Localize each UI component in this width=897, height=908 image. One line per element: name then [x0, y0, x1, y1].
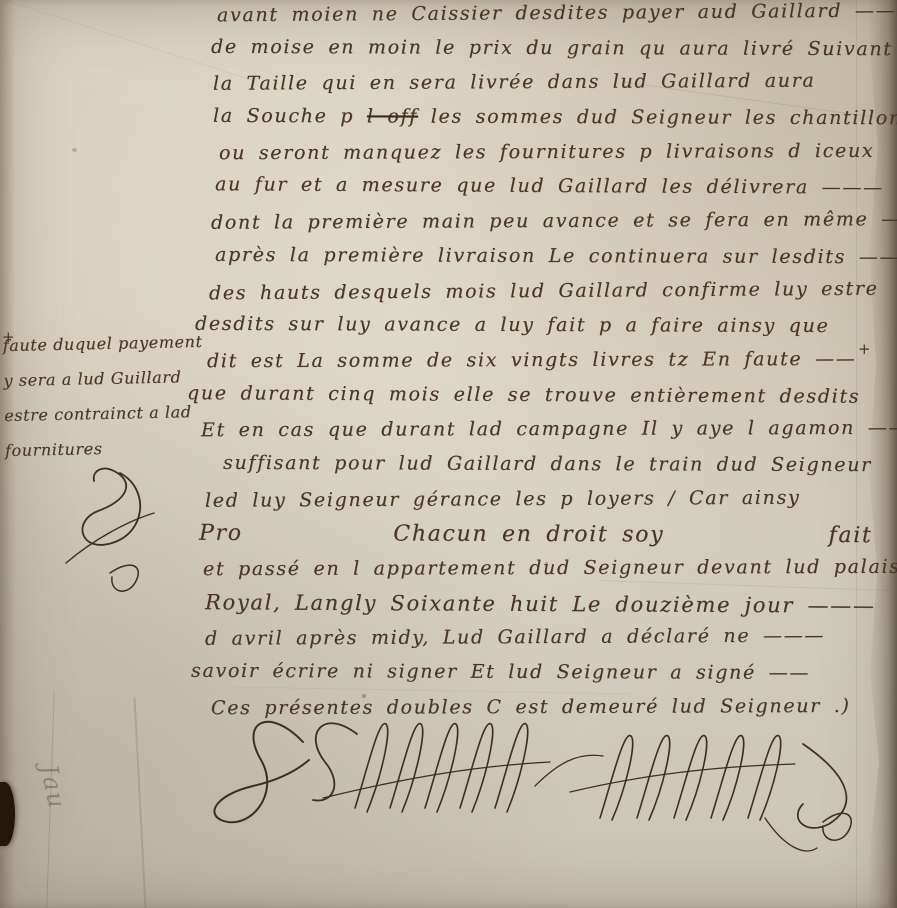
handwritten-line: de moise en moin le prix du grain qu aur…: [211, 36, 883, 73]
struck-word: l off: [367, 105, 418, 127]
manuscript-photo: avant moien ne Caissier desdites payer a…: [0, 0, 897, 908]
margin-paraph-flourish: [50, 455, 170, 605]
ink-stain: [72, 148, 77, 152]
handwritten-line: des hauts desquels mois lud Gaillard con…: [209, 277, 883, 316]
handwritten-line: avant moien ne Caissier desdites payer a…: [217, 0, 883, 39]
margin-annotation-line: y sera a lud Guillard: [3, 367, 204, 406]
manuscript-body-text: avant moien ne Caissier desdites payer a…: [205, 2, 883, 730]
margin-annotation-line: faute duquel payement: [3, 332, 204, 371]
handwritten-line: ou seront manquez les fournitures p livr…: [219, 140, 883, 177]
handwritten-line: led luy Seigneur gérance les p loyers / …: [205, 486, 883, 524]
handwritten-line: dont la première main peu avance et se f…: [211, 208, 883, 246]
signature-flourish: [205, 700, 875, 860]
line-segment: les sommes dud Seigneur les chantillons: [418, 106, 897, 130]
handwritten-line: la Taille qui en sera livrée dans lud Ga…: [213, 70, 883, 108]
cross-reference-mark-right: +: [858, 340, 871, 358]
handwritten-line: suffisant pour lud Gaillard dans le trai…: [223, 452, 883, 489]
handwritten-line: Royal, Langly Soixante huit Le douzième …: [205, 590, 883, 628]
handwritten-line: Et en cas que durant lad campagne Il y a…: [201, 417, 883, 454]
handwritten-line: savoir écrire ni signer Et lud Seigneur …: [191, 660, 883, 697]
handwritten-line-with-strikethrough: la Souche p l off les sommes dud Seigneu…: [213, 105, 883, 142]
handwritten-line: après la première livraison Le continuer…: [215, 244, 883, 281]
handwritten-line: dit est La somme de six vingts livres tz…: [207, 348, 883, 385]
handwritten-line: que durant cinq mois elle se trouve enti…: [187, 382, 883, 420]
handwritten-line: et passé en l appartement dud Seigneur d…: [203, 556, 883, 593]
handwritten-line: au fur et a mesure que lud Gaillard les …: [215, 174, 883, 212]
margin-annotation-line: estre contrainct a lad: [4, 402, 205, 441]
handwritten-line: d avril après midy, Lud Gaillard a décla…: [205, 625, 883, 663]
handwritten-line: Pro Chacun en droit soy fait: [199, 521, 883, 558]
handwritten-line: desdits sur luy avance a luy fait p a fa…: [195, 313, 883, 350]
cross-reference-mark-left: +: [2, 328, 15, 346]
line-segment: la Souche p: [213, 105, 367, 128]
